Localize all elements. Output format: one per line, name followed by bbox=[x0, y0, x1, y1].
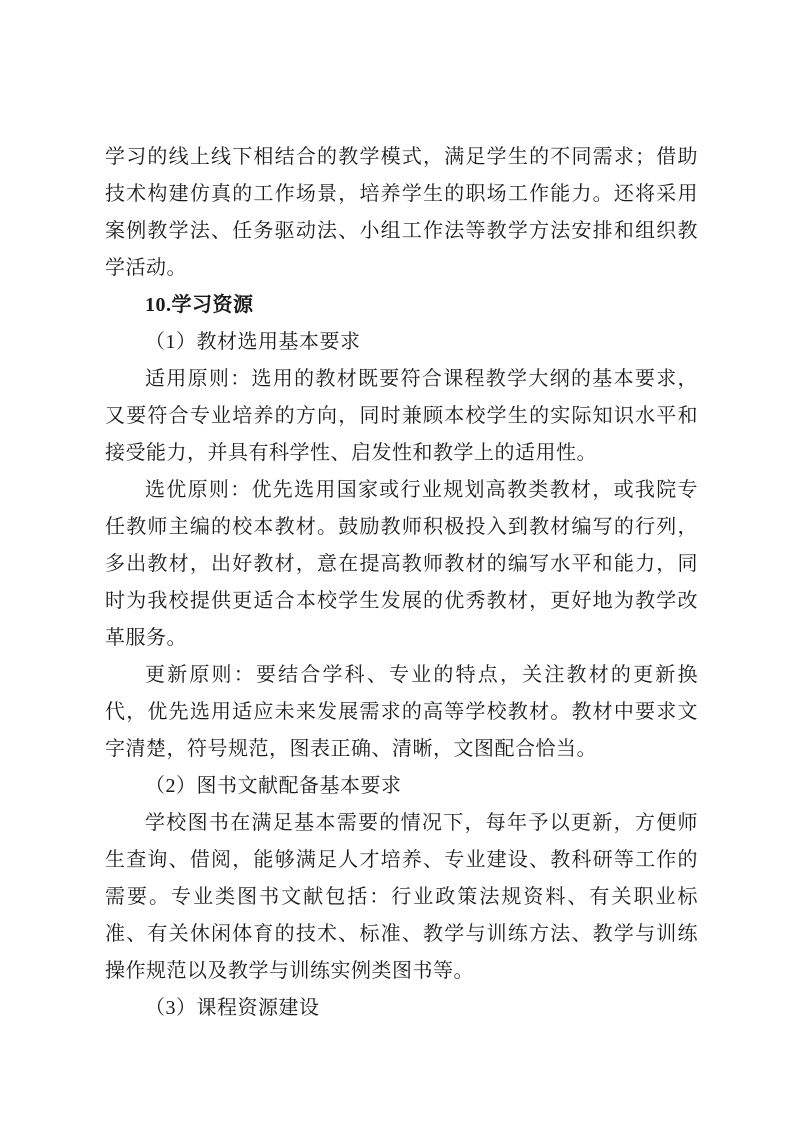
heading-learning-resources: 10.学习资源 bbox=[105, 287, 698, 324]
subheading-course-resource-construction: （3）课程资源建设 bbox=[105, 990, 698, 1027]
paragraph-preference-principle: 选优原则：优先选用国家或行业规划高教类教材，或我院专任教师主编的校本教材。鼓励教… bbox=[105, 472, 698, 657]
document-body: 学习的线上线下相结合的教学模式，满足学生的不同需求；借助技术构建仿真的工作场景，… bbox=[105, 139, 698, 1027]
subheading-textbook-selection-requirements: （1）教材选用基本要求 bbox=[105, 324, 698, 361]
paragraph-library-literature-details: 学校图书在满足基本需要的情况下，每年予以更新，方便师生查询、借阅，能够满足人才培… bbox=[105, 805, 698, 990]
paragraph-teaching-mode-continuation: 学习的线上线下相结合的教学模式，满足学生的不同需求；借助技术构建仿真的工作场景，… bbox=[105, 139, 698, 287]
paragraph-update-principle: 更新原则：要结合学科、专业的特点，关注教材的更新换代，优先选用适应未来发展需求的… bbox=[105, 657, 698, 768]
document-page: 学习的线上线下相结合的教学模式，满足学生的不同需求；借助技术构建仿真的工作场景，… bbox=[0, 0, 793, 1122]
subheading-library-literature-requirements: （2）图书文献配备基本要求 bbox=[105, 768, 698, 805]
paragraph-applicability-principle: 适用原则：选用的教材既要符合课程教学大纲的基本要求，又要符合专业培养的方向，同时… bbox=[105, 361, 698, 472]
